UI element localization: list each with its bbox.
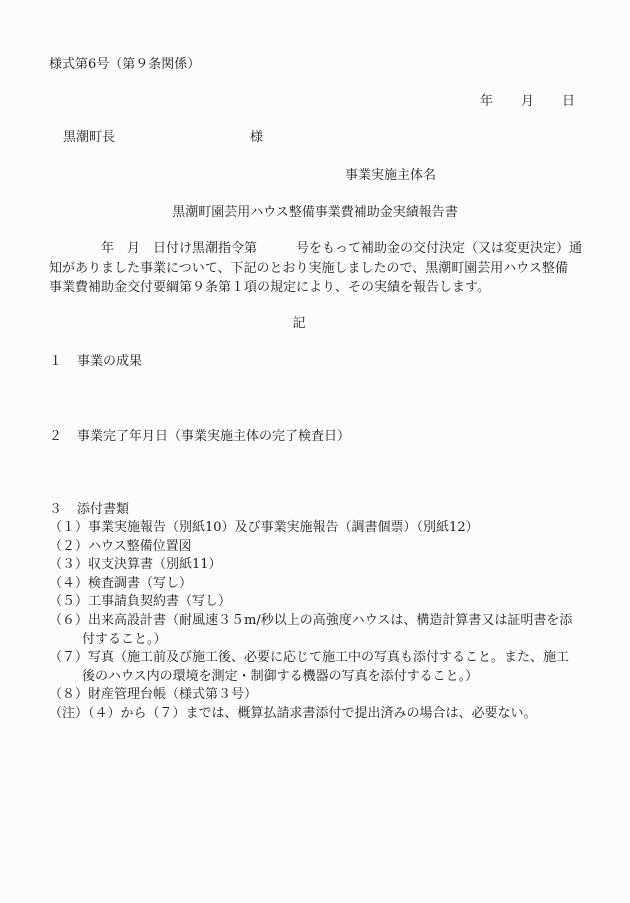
attachment-item: （１）事業実施報告（別紙10）及び事業実施報告（調書個票）（別紙12）	[49, 519, 599, 538]
addressee: 黒潮町長 様	[63, 129, 115, 147]
section-1: １事業の成果	[49, 353, 142, 371]
ki-label: 記	[292, 316, 305, 331]
body-line: 事業費補助金交付要綱第９条第１項の規定により、その実績を報告します。	[49, 278, 594, 298]
section-label: 事業の成果	[77, 354, 142, 369]
ki-heading: 記	[0, 315, 630, 333]
attachment-item: （６）出来高設計書（耐風速３５m/秒以上の高強度ハウスは、構造計算書又は証明書を…	[49, 612, 599, 631]
attachment-item: （２）ハウス整備位置図	[49, 538, 599, 557]
applicant-label: 事業実施主体名	[345, 167, 436, 185]
attachment-item: （３）収支決算書（別紙11）	[49, 556, 599, 575]
day-label: 日	[562, 93, 575, 111]
section-number: １	[49, 353, 77, 371]
month-label: 月	[521, 93, 534, 111]
attachment-item-continuation: 後のハウス内の環境を測定・制御する機器の写真を添付すること。）	[49, 668, 599, 687]
attachment-item: （５）工事請負契約書（写し）	[49, 593, 599, 612]
attachment-item: （８）財産管理台帳（様式第３号）	[49, 686, 599, 705]
body-line: 年 月 日付け黒潮指令第 号をもって補助金の交付決定（又は変更決定）通	[49, 239, 594, 259]
section-label: 事業完了年月日（事業実施主体の完了検査日）	[77, 429, 350, 444]
attachment-note: （注）（４）から（７）までは、概算払請求書添付で提出済みの場合は、必要ない。	[49, 705, 599, 724]
year-label: 年	[480, 93, 493, 111]
addressee-name: 黒潮町長	[63, 130, 115, 145]
body-paragraph: 年 月 日付け黒潮指令第 号をもって補助金の交付決定（又は変更決定）通 知があり…	[49, 239, 594, 298]
section-number: ３	[49, 501, 77, 519]
document-title: 黒潮町園芸用ハウス整備事業費補助金実績報告書	[0, 204, 630, 222]
date-line: 年月日	[480, 93, 575, 111]
attachment-item: （４）検査調書（写し）	[49, 575, 599, 594]
attachments-list: （１）事業実施報告（別紙10）及び事業実施報告（調書個票）（別紙12） （２）ハ…	[49, 519, 599, 724]
section-number: ２	[49, 428, 77, 446]
addressee-honorific: 様	[250, 129, 263, 147]
section-label: 添付書類	[77, 502, 129, 517]
section-2: ２事業完了年月日（事業実施主体の完了検査日）	[49, 428, 350, 446]
attachment-item-continuation: 付すること。）	[49, 631, 599, 650]
form-number: 様式第6号（第９条関係）	[49, 56, 200, 74]
section-3: ３添付書類	[49, 501, 129, 519]
body-line: 知がありました事業について、下記のとおり実施しましたので、黒潮町園芸用ハウス整備	[49, 259, 594, 279]
attachment-item: （７）写真（施工前及び施工後、必要に応じて施工中の写真も添付すること。また、施工	[49, 649, 599, 668]
